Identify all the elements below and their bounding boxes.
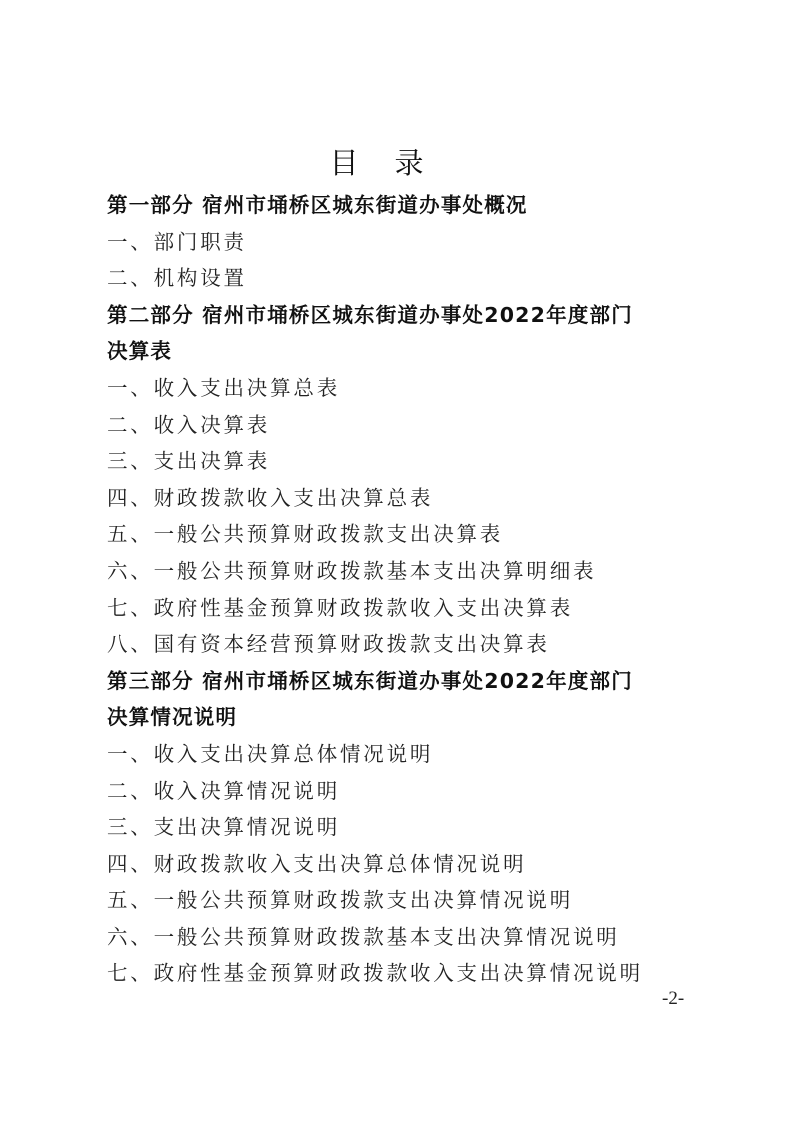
title-char-1: 目 (329, 146, 358, 180)
toc-item: 四、财政拨款收入支出决算总体情况说明 (107, 846, 707, 883)
document-page: 目录 第一部分 宿州市埇桥区城东街道办事处概况 一、部门职责 二、机构设置 第二… (0, 0, 793, 1122)
toc-part-3-heading-cont: 决算情况说明 (107, 699, 707, 736)
toc-item: 三、支出决算情况说明 (107, 809, 707, 846)
toc-item: 六、一般公共预算财政拨款基本支出决算情况说明 (107, 919, 707, 956)
toc-part-2-heading-cont: 决算表 (107, 333, 707, 370)
toc-item: 七、政府性基金预算财政拨款收入支出决算表 (107, 590, 707, 627)
toc-part-2-heading: 第二部分 宿州市埇桥区城东街道办事处2022年度部门 (107, 297, 707, 334)
toc-part-3-heading: 第三部分 宿州市埇桥区城东街道办事处2022年度部门 (107, 663, 707, 700)
toc-item: 一、收入支出决算总体情况说明 (107, 736, 707, 773)
page-number: -2- (662, 988, 684, 1010)
toc-item: 二、收入决算情况说明 (107, 773, 707, 810)
toc-item: 四、财政拨款收入支出决算总表 (107, 480, 707, 517)
toc-part-1-heading: 第一部分 宿州市埇桥区城东街道办事处概况 (107, 187, 707, 224)
toc-item: 六、一般公共预算财政拨款基本支出决算明细表 (107, 553, 707, 590)
toc-item: 一、收入支出决算总表 (107, 370, 707, 407)
toc-item: 一、部门职责 (107, 224, 707, 261)
toc-item: 五、一般公共预算财政拨款支出决算情况说明 (107, 882, 707, 919)
toc-item: 二、机构设置 (107, 260, 707, 297)
toc-item: 二、收入决算表 (107, 407, 707, 444)
toc-item: 七、政府性基金预算财政拨款收入支出决算情况说明 (107, 955, 707, 992)
table-of-contents: 第一部分 宿州市埇桥区城东街道办事处概况 一、部门职责 二、机构设置 第二部分 … (107, 187, 707, 992)
toc-item: 五、一般公共预算财政拨款支出决算表 (107, 516, 707, 553)
toc-item: 八、国有资本经营预算财政拨款支出决算表 (107, 626, 707, 663)
title-char-2: 录 (395, 146, 424, 180)
page-title: 目录 (0, 143, 753, 183)
toc-item: 三、支出决算表 (107, 443, 707, 480)
